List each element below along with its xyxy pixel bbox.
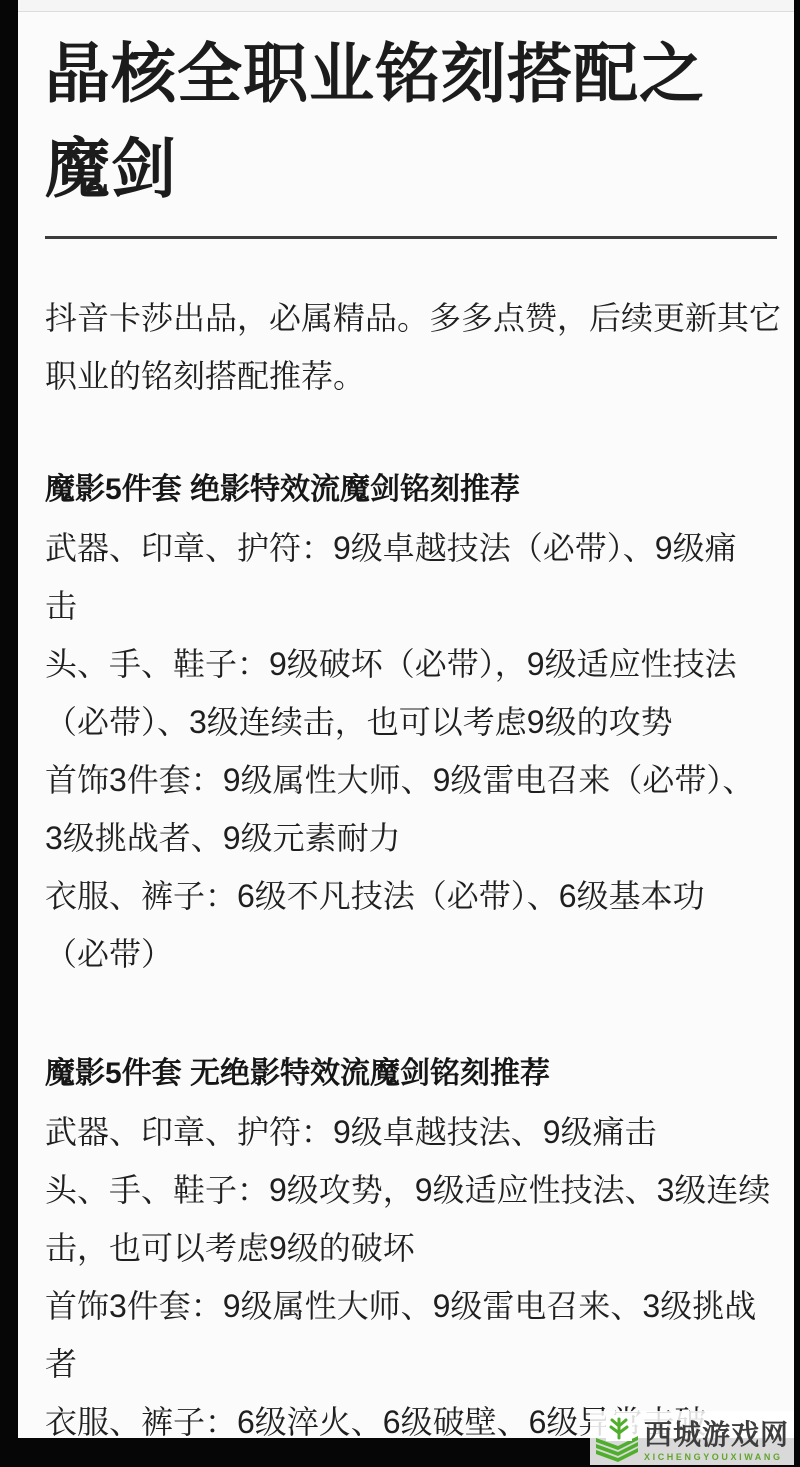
section-heading: 魔影5件套 无绝影特效流魔剑铭刻推荐 (45, 1045, 782, 1103)
recommendation-line: 武器、印章、护符：9级卓越技法（必带）、9级痛 击 (45, 519, 782, 635)
watermark-site-name: 西城游戏网 (644, 1420, 789, 1449)
top-strip (18, 0, 794, 12)
recommendation-line: 首饰3件套：9级属性大师、9级雷电召来、3级挑战 者 (45, 1277, 782, 1393)
article-content: 晶核全职业铭刻搭配之 魔剑 抖音卡莎出品，必属精品。多多点赞，后续更新其它 职业… (45, 20, 782, 1451)
recommendation-line: 衣服、裤子：6级不凡技法（必带）、6级基本功 （必带） (45, 867, 782, 983)
frame-bar-left (0, 0, 18, 1467)
watermark-text: 西城游戏网 XICHENGYOUXIWANG (644, 1420, 789, 1462)
frame-bar-right (794, 0, 800, 1467)
intro-paragraph: 抖音卡莎出品，必属精品。多多点赞，后续更新其它 职业的铭刻搭配推荐。 (45, 289, 782, 405)
section-no-jueying-build: 魔影5件套 无绝影特效流魔剑铭刻推荐 武器、印章、护符：9级卓越技法、9级痛击 … (45, 1045, 782, 1451)
section-jueying-build: 魔影5件套 绝影特效流魔剑铭刻推荐 武器、印章、护符：9级卓越技法（必带）、9级… (45, 461, 782, 983)
page-title: 晶核全职业铭刻搭配之 魔剑 (45, 26, 782, 216)
section-heading: 魔影5件套 绝影特效流魔剑铭刻推荐 (45, 461, 782, 519)
recommendation-line: 首饰3件套：9级属性大师、9级雷电召来（必带）、 3级挑战者、9级元素耐力 (45, 751, 782, 867)
recommendation-line: 头、手、鞋子：9级攻势，9级适应性技法、3级连续 击，也可以考虑9级的破坏 (45, 1161, 782, 1277)
recommendation-line: 武器、印章、护符：9级卓越技法、9级痛击 (45, 1103, 782, 1161)
watermark-site-caps: XICHENGYOUXIWANG (644, 1452, 783, 1462)
recommendation-line: 头、手、鞋子：9级破坏（必带），9级适应性技法 （必带）、3级连续击，也可以考虑… (45, 635, 782, 751)
title-divider (45, 236, 777, 239)
watermark: 西城游戏网 XICHENGYOUXIWANG (590, 1411, 794, 1465)
xicheng-logo-icon (594, 1415, 638, 1462)
article-page: 晶核全职业铭刻搭配之 魔剑 抖音卡莎出品，必属精品。多多点赞，后续更新其它 职业… (0, 0, 800, 1467)
